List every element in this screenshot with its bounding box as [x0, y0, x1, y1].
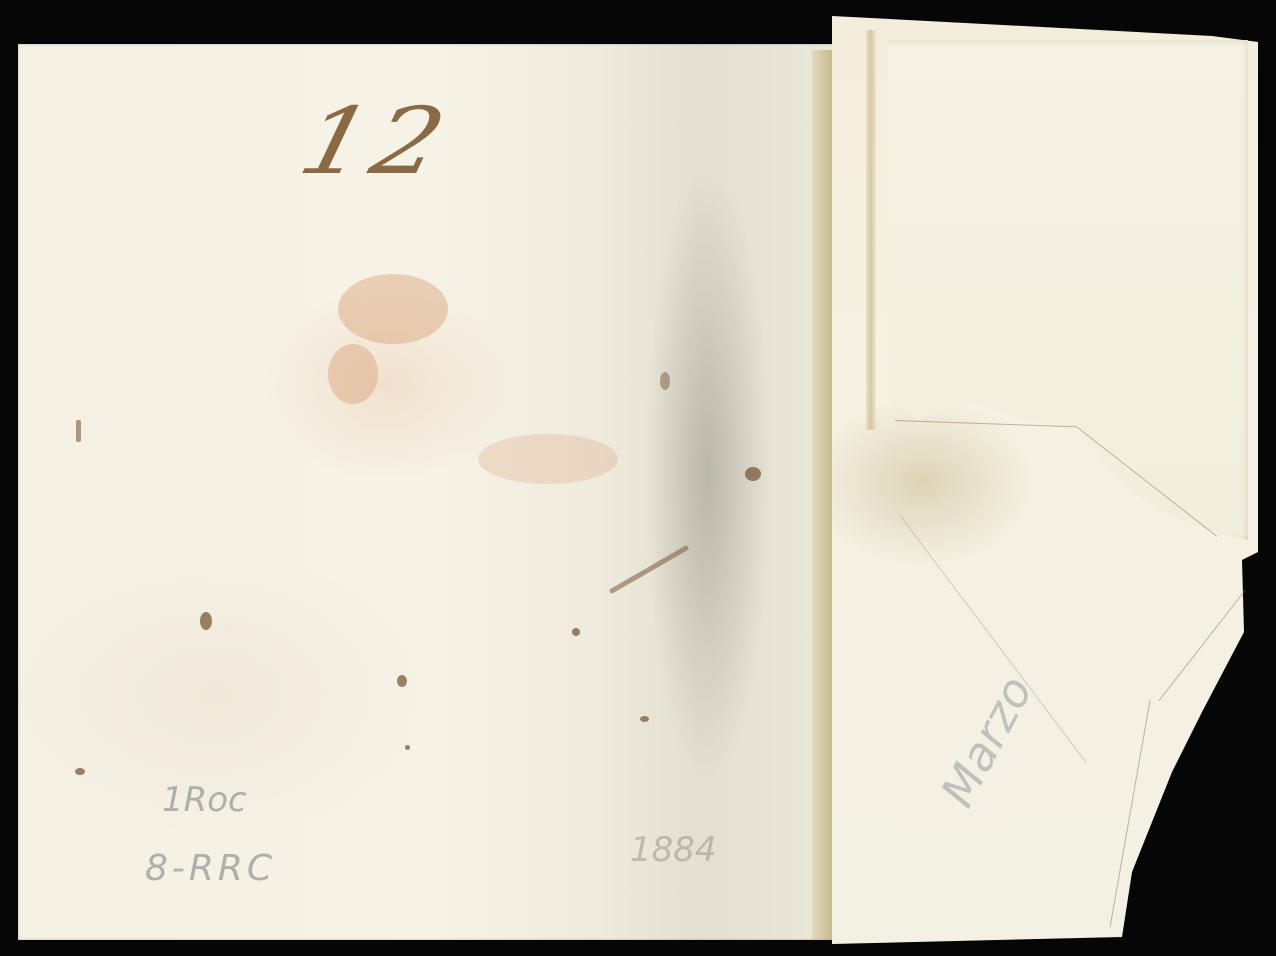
rust-stain — [338, 274, 448, 344]
foxing-spot — [397, 675, 407, 687]
rust-stain — [328, 344, 378, 404]
pencil-note: 8-RRC — [145, 848, 276, 889]
foxing-spot — [75, 768, 85, 775]
ink-mark — [76, 420, 81, 442]
pencil-note: 1Roc — [162, 780, 247, 820]
rate-mark-handwritten: 12 — [291, 96, 458, 188]
foxing-spot — [640, 716, 649, 722]
rust-stain — [478, 434, 618, 484]
foxing-spot — [200, 612, 212, 630]
foxing-spot — [745, 467, 761, 481]
photo-background: 12 1Roc 8-RRC 1884 Marzo — [0, 0, 1276, 956]
foxing-spot — [572, 628, 580, 636]
fold-crease — [866, 30, 876, 430]
pencil-note: 1884 — [630, 830, 717, 870]
foxing-spot — [405, 745, 410, 750]
foxing-spot — [660, 372, 670, 390]
